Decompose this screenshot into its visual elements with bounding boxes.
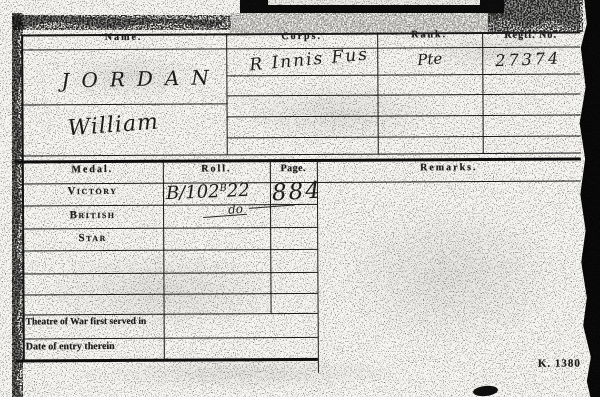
- table-line: [22, 103, 227, 105]
- medal-row-british: British: [22, 209, 163, 222]
- roll-column-header: Roll.: [163, 163, 270, 175]
- remarks-column-header: Remarks.: [317, 162, 581, 174]
- medal-row-star: Star: [22, 232, 163, 245]
- roll-entry-handwritten: B/102B22: [166, 180, 251, 204]
- table-line: [226, 74, 580, 77]
- roll-tail: 22: [226, 180, 250, 202]
- date-of-entry-label: Date of entry therein: [26, 341, 115, 352]
- scan-smudge: [335, 200, 565, 350]
- medal-index-card-scan: Name. Corps. Rank. Regtl. No. Medal. Rol…: [0, 0, 600, 397]
- top-scan-strip-inset: [268, 0, 480, 5]
- medal-row-victory: Victory: [22, 185, 163, 198]
- page-column-header: Page.: [270, 163, 317, 174]
- medal-column-header: Medal.: [22, 164, 163, 176]
- corps-handwritten: R Innis Fus: [249, 44, 370, 75]
- scan-smudge: [80, 355, 400, 390]
- scan-smudge: [420, 30, 570, 70]
- forename-handwritten: William: [67, 110, 160, 142]
- roll-main: B/102: [166, 181, 220, 204]
- table-line: [22, 227, 317, 230]
- corps-column-header: Corps.: [226, 31, 377, 43]
- scan-smudge: [60, 52, 200, 100]
- name-column-header: Name.: [21, 31, 226, 43]
- table-line: [23, 337, 318, 340]
- table-line: [21, 34, 24, 361]
- ditto-stroke: [249, 204, 295, 209]
- form-code: K. 1380: [523, 358, 581, 370]
- table-line: [226, 33, 228, 154]
- scan-smudge: [38, 248, 288, 333]
- ditto-mark: do: [228, 202, 244, 217]
- table-line: [22, 153, 581, 157]
- scan-smudge: [235, 82, 445, 144]
- page-entry-handwritten: 884: [271, 178, 322, 207]
